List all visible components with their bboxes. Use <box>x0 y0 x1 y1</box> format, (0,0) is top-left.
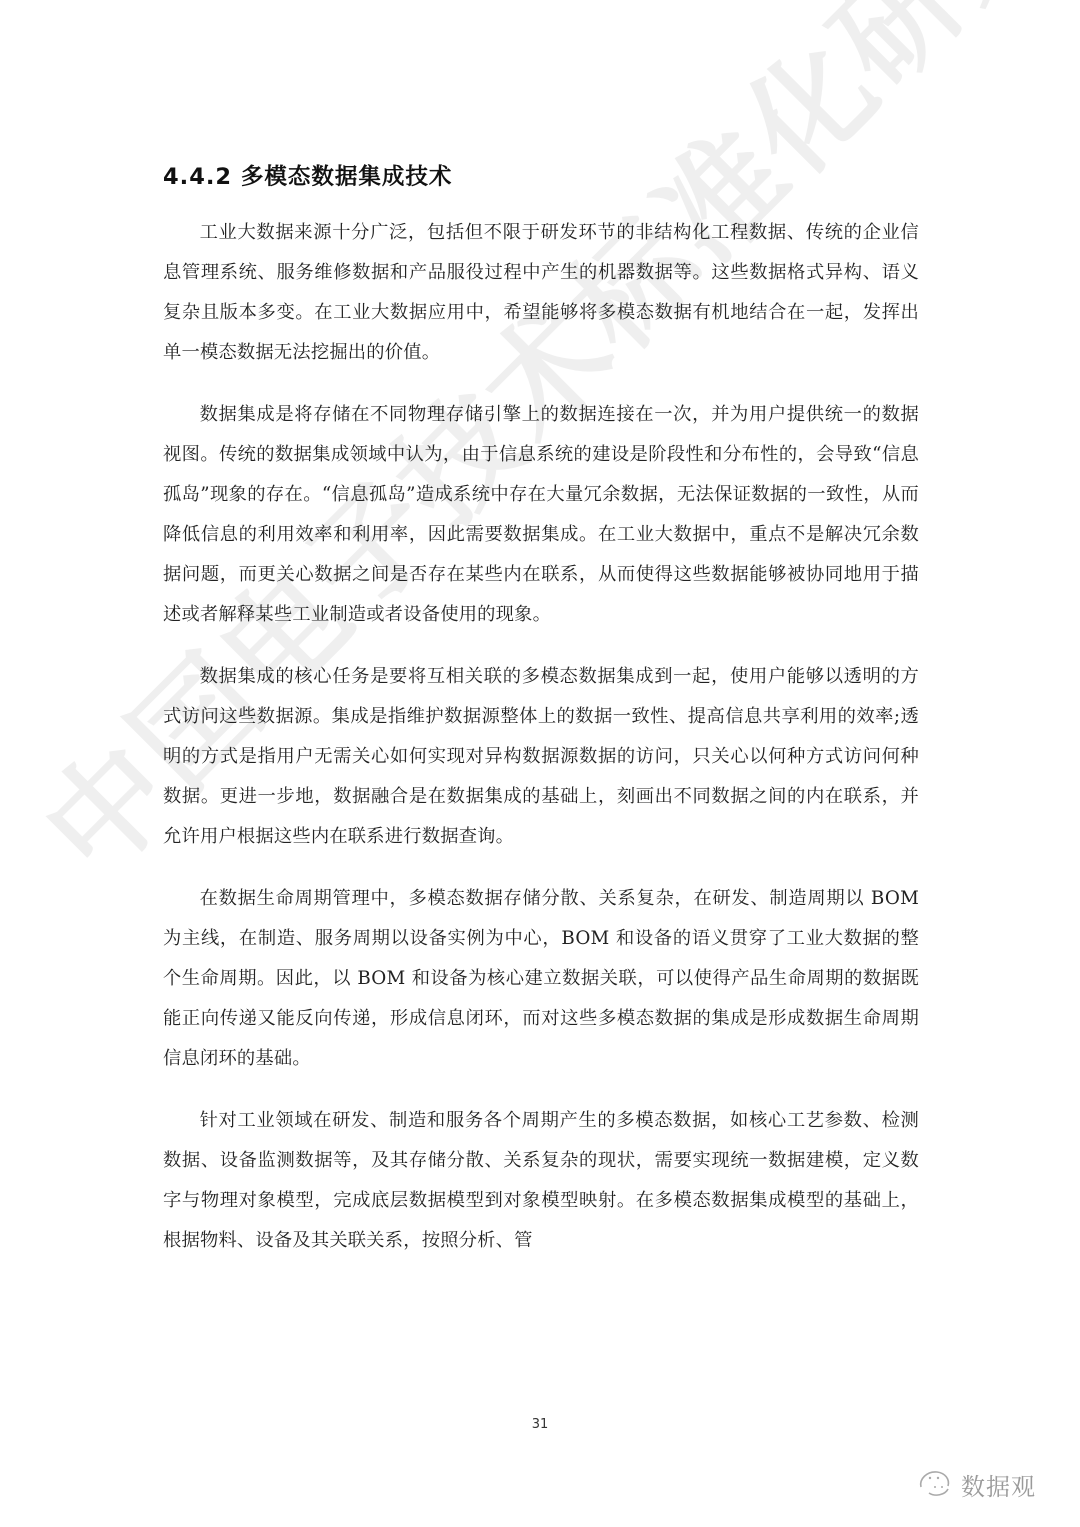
paragraph: 工业大数据来源十分广泛，包括但不限于研发环节的非结构化工程数据、传统的企业信息管… <box>163 213 919 373</box>
paragraph: 在数据生命周期管理中，多模态数据存储分散、关系复杂，在研发、制造周期以 BOM … <box>163 879 919 1079</box>
paragraph: 数据集成是将存储在不同物理存储引擎上的数据连接在一次，并为用户提供统一的数据视图… <box>163 395 919 635</box>
logo-icon <box>915 1465 955 1503</box>
section-heading: 4.4.2 多模态数据集成技术 <box>163 159 452 191</box>
source-logo: 数据观 <box>915 1465 1036 1503</box>
body-content: 工业大数据来源十分广泛，包括但不限于研发环节的非结构化工程数据、传统的企业信息管… <box>163 213 919 1283</box>
page-number: 31 <box>0 1417 1080 1432</box>
logo-text: 数据观 <box>961 1467 1036 1502</box>
paragraph: 针对工业领域在研发、制造和服务各个周期产生的多模态数据，如核心工艺参数、检测数据… <box>163 1101 919 1261</box>
paragraph: 数据集成的核心任务是要将互相关联的多模态数据集成到一起，使用户能够以透明的方式访… <box>163 657 919 857</box>
